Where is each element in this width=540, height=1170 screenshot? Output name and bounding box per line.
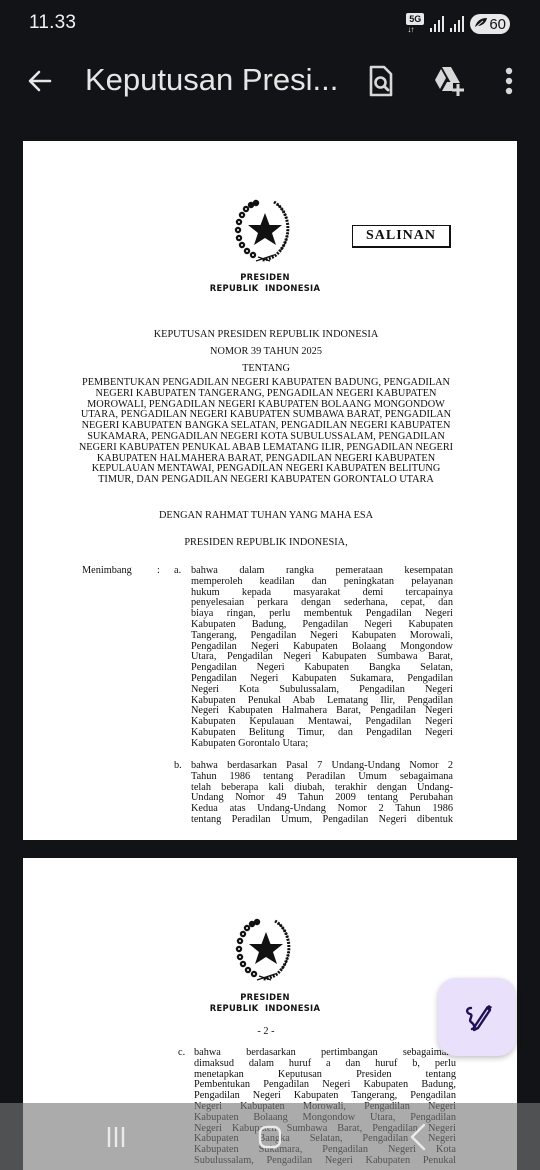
- recents-icon: [104, 1125, 128, 1149]
- text-line: memperoleh keadilan dan peningkatan pela…: [191, 577, 453, 588]
- find-in-document-button[interactable]: [364, 64, 398, 98]
- back-button[interactable]: [24, 65, 56, 97]
- battery-indicator: 60: [470, 14, 510, 34]
- decree-blessing: DENGAN RAHMAT TUHAN YANG MAHA ESA: [23, 510, 509, 522]
- signal-strength-icon: [430, 16, 444, 32]
- presidential-emblem-icon: [234, 199, 296, 263]
- system-navigation-bar: [0, 1103, 540, 1170]
- text-line: Kabupaten Gorontalo Utara;: [191, 739, 453, 750]
- emblem-caption: PRESIDEN REPUBLIK INDONESIA: [23, 272, 507, 294]
- decree-number: NOMOR 39 TAHUN 2025: [23, 346, 509, 358]
- drive-add-icon: [431, 65, 465, 97]
- item-letter: c.: [178, 1047, 185, 1058]
- text-line: tentang Peradilan Umum, Pengadilan Neger…: [191, 815, 453, 826]
- consideration-item-b: bahwa berdasarkan Pasal 7 Undang-Undang …: [191, 761, 453, 826]
- consideration-item-a: bahwa dalam rangka pemerataan kesempatan…: [191, 566, 453, 750]
- salinan-stamp: SALINAN: [352, 225, 450, 247]
- decree-about: TENTANG: [23, 363, 509, 375]
- recents-button[interactable]: [96, 1121, 136, 1153]
- home-button[interactable]: [250, 1121, 290, 1153]
- status-icons: 5G ↓↑ 60: [406, 13, 510, 35]
- page-number: - 2 -: [23, 1026, 509, 1037]
- item-letter: b.: [174, 760, 182, 771]
- annotate-fab-button[interactable]: [438, 978, 516, 1056]
- 5g-data-icon: 5G ↓↑: [406, 13, 424, 35]
- add-to-drive-button[interactable]: [431, 64, 465, 98]
- battery-saver-leaf-icon: [474, 17, 488, 31]
- app-bar: Keputusan Presi...: [0, 50, 540, 112]
- presidential-emblem-icon: [235, 918, 297, 982]
- decree-heading: KEPUTUSAN PRESIDEN REPUBLIK INDONESIA: [23, 329, 509, 341]
- document-page-1[interactable]: PRESIDEN REPUBLIK INDONESIA SALINAN KEPU…: [23, 141, 517, 840]
- more-options-button[interactable]: [492, 64, 526, 98]
- decree-title: PEMBENTUKAN PENGADILAN NEGERI KABUPATEN …: [23, 378, 509, 486]
- system-back-button[interactable]: [398, 1121, 438, 1153]
- text-line: Tahun 1986 tentang Peradilan Umum sebaga…: [191, 772, 453, 783]
- document-search-icon: [367, 65, 395, 97]
- more-vertical-icon: [504, 66, 514, 96]
- decree-issuer: PRESIDEN REPUBLIK INDONESIA,: [23, 537, 509, 549]
- item-letter: a.: [174, 565, 181, 576]
- emblem-caption: PRESIDEN REPUBLIK INDONESIA: [23, 992, 507, 1014]
- arrow-left-icon: [24, 65, 56, 97]
- consider-label: Menimbang: [82, 565, 132, 576]
- home-icon: [257, 1124, 283, 1150]
- status-bar: 11.33 5G ↓↑ 60: [0, 0, 540, 50]
- status-time: 11.33: [29, 12, 76, 34]
- chevron-left-icon: [406, 1123, 430, 1151]
- pen-scribble-icon: [462, 1002, 492, 1032]
- signal-strength-icon: [450, 16, 464, 32]
- text-line: dimaksud dalam huruf a dan huruf b, perl…: [194, 1059, 456, 1070]
- consider-colon: :: [157, 565, 160, 576]
- battery-percent: 60: [489, 16, 506, 33]
- text-line: Negeri Kota Subulussalam, Pengadilan Neg…: [191, 685, 453, 696]
- text-line: Tangerang, Pengadilan Negeri Kabupaten M…: [191, 631, 453, 642]
- document-title: Keputusan Presi...: [85, 62, 338, 98]
